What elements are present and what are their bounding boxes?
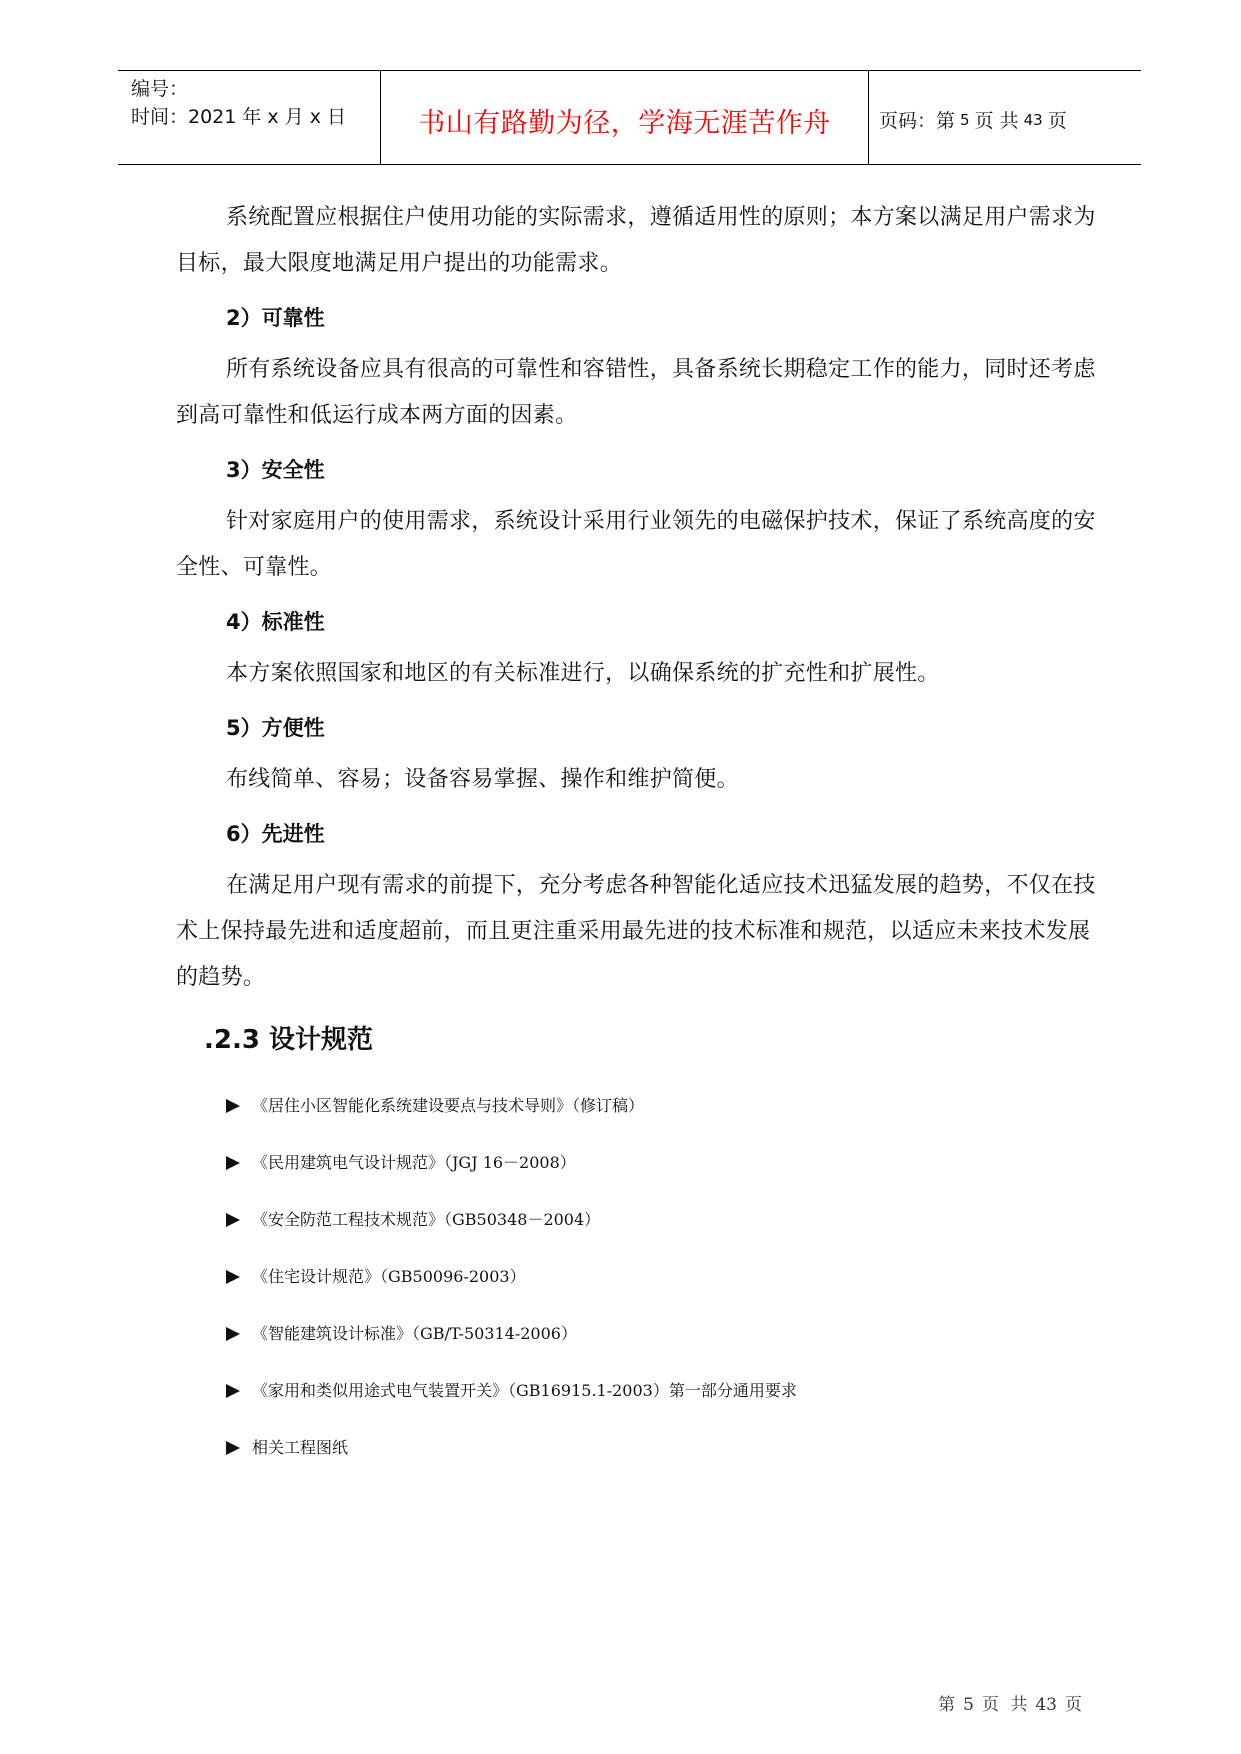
page-current: 5	[960, 111, 970, 129]
standard-text: 《住宅设计规范》（GB50096-2003）	[252, 1248, 526, 1305]
standard-text: 《家用和类似用途式电气装置开关》（GB16915.1-2003）第一部分通用要求	[252, 1362, 797, 1419]
page-header: 编号： 时间：2021 年 x 月 x 日 书山有路勤为径，学海无涯苦作舟 页码…	[118, 70, 1141, 165]
standard-text: 《智能建筑设计标准》（GB/T-50314-2006）	[252, 1305, 577, 1362]
standard-list-item: 《安全防范工程技术规范》（GB50348－2004）	[176, 1191, 1110, 1248]
standard-text: 《居住小区智能化系统建设要点与技术导则》（修订稿）	[252, 1077, 644, 1134]
footer-suffix: 页	[1065, 1695, 1082, 1715]
section-heading-design-standards: .2.3 设计规范	[176, 1015, 1110, 1065]
paragraph-convenience: 布线简单、容易；设备容易掌握、操作和维护简便。	[176, 757, 1110, 803]
paragraph-security: 针对家庭用户的使用需求，系统设计采用行业领先的电磁保护技术，保证了系统高度的安全…	[176, 499, 1110, 591]
heading-security: 3）安全性	[176, 445, 1110, 495]
standard-text: 相关工程图纸	[252, 1419, 348, 1476]
footer-prefix: 第	[938, 1695, 955, 1715]
footer-mid: 页 共	[982, 1695, 1027, 1715]
date-label: 时间：2021 年 x 月 x 日	[131, 103, 380, 131]
arrow-bullet-icon	[226, 1213, 240, 1227]
footer-current-page: 5	[963, 1695, 974, 1715]
header-page-cell: 页码：第 5 页 共 43 页	[869, 71, 1141, 164]
standard-list-item: 《家用和类似用途式电气装置开关》（GB16915.1-2003）第一部分通用要求	[176, 1362, 1110, 1419]
footer-total-pages: 43	[1035, 1695, 1057, 1715]
standard-list-item: 相关工程图纸	[176, 1419, 1110, 1476]
header-motto-cell: 书山有路勤为径，学海无涯苦作舟	[381, 71, 869, 164]
standard-list-item: 《智能建筑设计标准》（GB/T-50314-2006）	[176, 1305, 1110, 1362]
header-meta-cell: 编号： 时间：2021 年 x 月 x 日	[118, 71, 381, 164]
heading-advancement: 6）先进性	[176, 809, 1110, 859]
paragraph-standardization: 本方案依照国家和地区的有关标准进行，以确保系统的扩充性和扩展性。	[176, 651, 1110, 697]
page-suffix: 页	[1048, 106, 1067, 133]
standard-text: 《安全防范工程技术规范》（GB50348－2004）	[252, 1191, 600, 1248]
paragraph-reliability: 所有系统设备应具有很高的可靠性和容错性，具备系统长期稳定工作的能力，同时还考虑到…	[176, 347, 1110, 439]
arrow-bullet-icon	[226, 1327, 240, 1341]
motto-text: 书山有路勤为径，学海无涯苦作舟	[418, 95, 831, 140]
standard-text: 《民用建筑电气设计规范》（JGJ 16－2008）	[252, 1134, 576, 1191]
heading-reliability: 2）可靠性	[176, 293, 1110, 343]
intro-paragraph: 系统配置应根据住户使用功能的实际需求，遵循适用性的原则；本方案以满足用户需求为目…	[176, 195, 1110, 287]
arrow-bullet-icon	[226, 1156, 240, 1170]
page-footer: 第5页 共43页	[934, 1690, 1086, 1715]
arrow-bullet-icon	[226, 1270, 240, 1284]
arrow-bullet-icon	[226, 1441, 240, 1455]
heading-standardization: 4）标准性	[176, 597, 1110, 647]
standard-list-item: 《住宅设计规范》（GB50096-2003）	[176, 1248, 1110, 1305]
page-total: 43	[1024, 111, 1043, 129]
page-mid: 页 共	[975, 106, 1019, 133]
page-prefix: 页码：第	[879, 106, 955, 133]
standard-list-item: 《民用建筑电气设计规范》（JGJ 16－2008）	[176, 1134, 1110, 1191]
paragraph-advancement: 在满足用户现有需求的前提下，充分考虑各种智能化适应技术迅猛发展的趋势，不仅在技术…	[176, 863, 1110, 1001]
standard-list-item: 《居住小区智能化系统建设要点与技术导则》（修订稿）	[176, 1077, 1110, 1134]
heading-convenience: 5）方便性	[176, 703, 1110, 753]
document-body: 系统配置应根据住户使用功能的实际需求，遵循适用性的原则；本方案以满足用户需求为目…	[176, 195, 1110, 1476]
arrow-bullet-icon	[226, 1099, 240, 1113]
serial-number-label: 编号：	[131, 75, 380, 103]
arrow-bullet-icon	[226, 1384, 240, 1398]
